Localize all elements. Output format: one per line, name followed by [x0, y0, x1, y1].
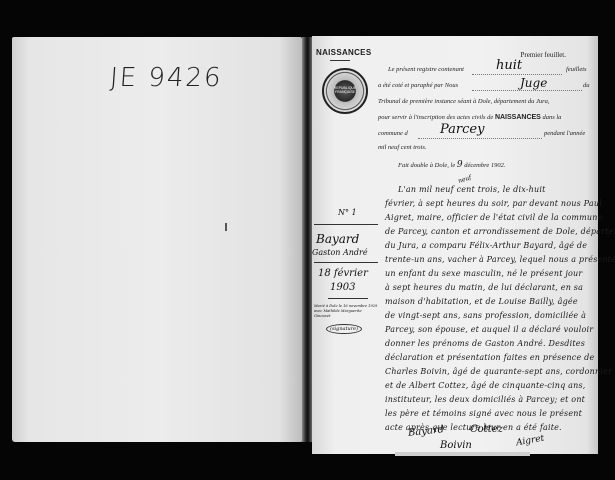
- cert-line-6: mil neuf cent trois.: [378, 144, 427, 151]
- sheet-label: Premier feuillet.: [521, 51, 566, 59]
- act-line: du Jura, a comparu Félix-Arthur Bayard, …: [385, 241, 587, 250]
- left-page-cover: JE 9426: [12, 37, 302, 442]
- act-line: à sept heures du matin, de lui déclarant…: [385, 283, 583, 292]
- cert-line-4-bold: NAISSANCES: [495, 114, 541, 121]
- book-spine: [302, 37, 312, 442]
- cert-line-1-suffix: feuillets: [566, 66, 587, 73]
- margin-given-names: Gaston André: [312, 248, 368, 257]
- act-line: déclaration et présentation faites en pr…: [385, 353, 594, 362]
- republic-seal-icon: REPUBLIQUE FRANÇAISE: [322, 68, 368, 114]
- cert-line-7: Fait double à Dole, le 9 décembre 1902.: [398, 160, 506, 170]
- act-line: L'an mil neuf cent trois, le dix-huit: [398, 185, 546, 194]
- fill-line: [472, 74, 562, 75]
- act-line: les père et témoins signé avec nous le p…: [385, 409, 582, 418]
- act-line: de Parcey, canton et arrondissement de D…: [385, 227, 615, 236]
- signature-witness-cottez: Cottez: [470, 424, 503, 435]
- act-line: instituteur, les deux domiciliés à Parce…: [385, 395, 585, 404]
- fill-line: [472, 90, 582, 91]
- act-line: Parcey, son épouse, et auquel il a décla…: [385, 325, 593, 334]
- margin-marriage-annotation: Marié à Dole le 16 novembre 1929 avec Ma…: [314, 304, 378, 319]
- act-line: et de Albert Cottez, âgé de cinquante-ci…: [385, 381, 586, 390]
- margin-divider: [314, 262, 378, 263]
- section-title: NAISSANCES: [316, 48, 371, 57]
- margin-surname: Bayard: [316, 232, 359, 246]
- margin-divider: [314, 224, 378, 225]
- entry-number: N° 1: [338, 208, 357, 217]
- act-line: donner les prénoms de Gaston André. Desd…: [385, 339, 585, 348]
- cert-line-4: pour servir à l'inscription des actes ci…: [378, 114, 561, 121]
- archive-reference-number: JE 9426: [109, 63, 224, 93]
- act-line: trente-un ans, vacher à Parcey, lequel n…: [385, 255, 615, 264]
- seal-text: REPUBLIQUE FRANÇAISE: [324, 86, 366, 94]
- act-line: maison d'habitation, et de Louise Bailly…: [385, 297, 578, 306]
- right-page-register: NAISSANCES Premier feuillet. REPUBLIQUE …: [312, 36, 598, 454]
- interlinear-insertion: neuf: [457, 174, 472, 185]
- cert-line-5-suffix: pendant l'année: [544, 130, 585, 137]
- cert-sheets-count: huit: [496, 58, 522, 73]
- cert-line-7-prefix: Fait double à Dole, le: [398, 162, 455, 169]
- cert-day: 9: [457, 160, 463, 170]
- signature-mayor: Aigret: [515, 434, 545, 449]
- act-line: Aigret, maire, officier de l'état civil …: [385, 213, 603, 222]
- fill-line: [418, 138, 542, 139]
- title-divider: [330, 60, 350, 61]
- signature-witness-boivin: Boivin: [440, 440, 472, 451]
- paper-mark: [225, 223, 227, 231]
- margin-divider: [328, 298, 368, 299]
- cert-line-2-prefix: a été coté et paraphé par Nous: [378, 82, 458, 89]
- cert-commune-name: Parcey: [440, 122, 484, 137]
- act-line: de vingt-sept ans, sans profession, domi…: [385, 311, 586, 320]
- signature-father: Bayard: [408, 424, 445, 439]
- margin-annotation-signature: (signature): [326, 324, 362, 334]
- cert-line-4-suffix: dans la: [542, 114, 561, 121]
- cert-official-title: Juge: [520, 76, 547, 90]
- cert-line-7-suffix: décembre 1902.: [464, 162, 505, 169]
- act-line: un enfant du sexe masculin, né le présen…: [385, 269, 582, 278]
- protruding-paper-slip: [395, 452, 530, 456]
- margin-date-year: 1903: [330, 282, 355, 293]
- act-line: Charles Boivin, âgé de quarante-sept ans…: [385, 367, 612, 376]
- margin-date-day: 18 février: [318, 268, 368, 279]
- cert-line-2-suffix: du: [583, 82, 590, 89]
- act-line: février, à sept heures du soir, par deva…: [385, 199, 602, 208]
- cert-line-4-prefix: pour servir à l'inscription des actes ci…: [378, 114, 493, 121]
- cert-line-1-prefix: Le présent registre contenant: [388, 66, 464, 73]
- cert-line-3: Tribunal de première instance séant à Do…: [378, 98, 550, 105]
- cert-line-5-prefix: commune d: [378, 130, 408, 137]
